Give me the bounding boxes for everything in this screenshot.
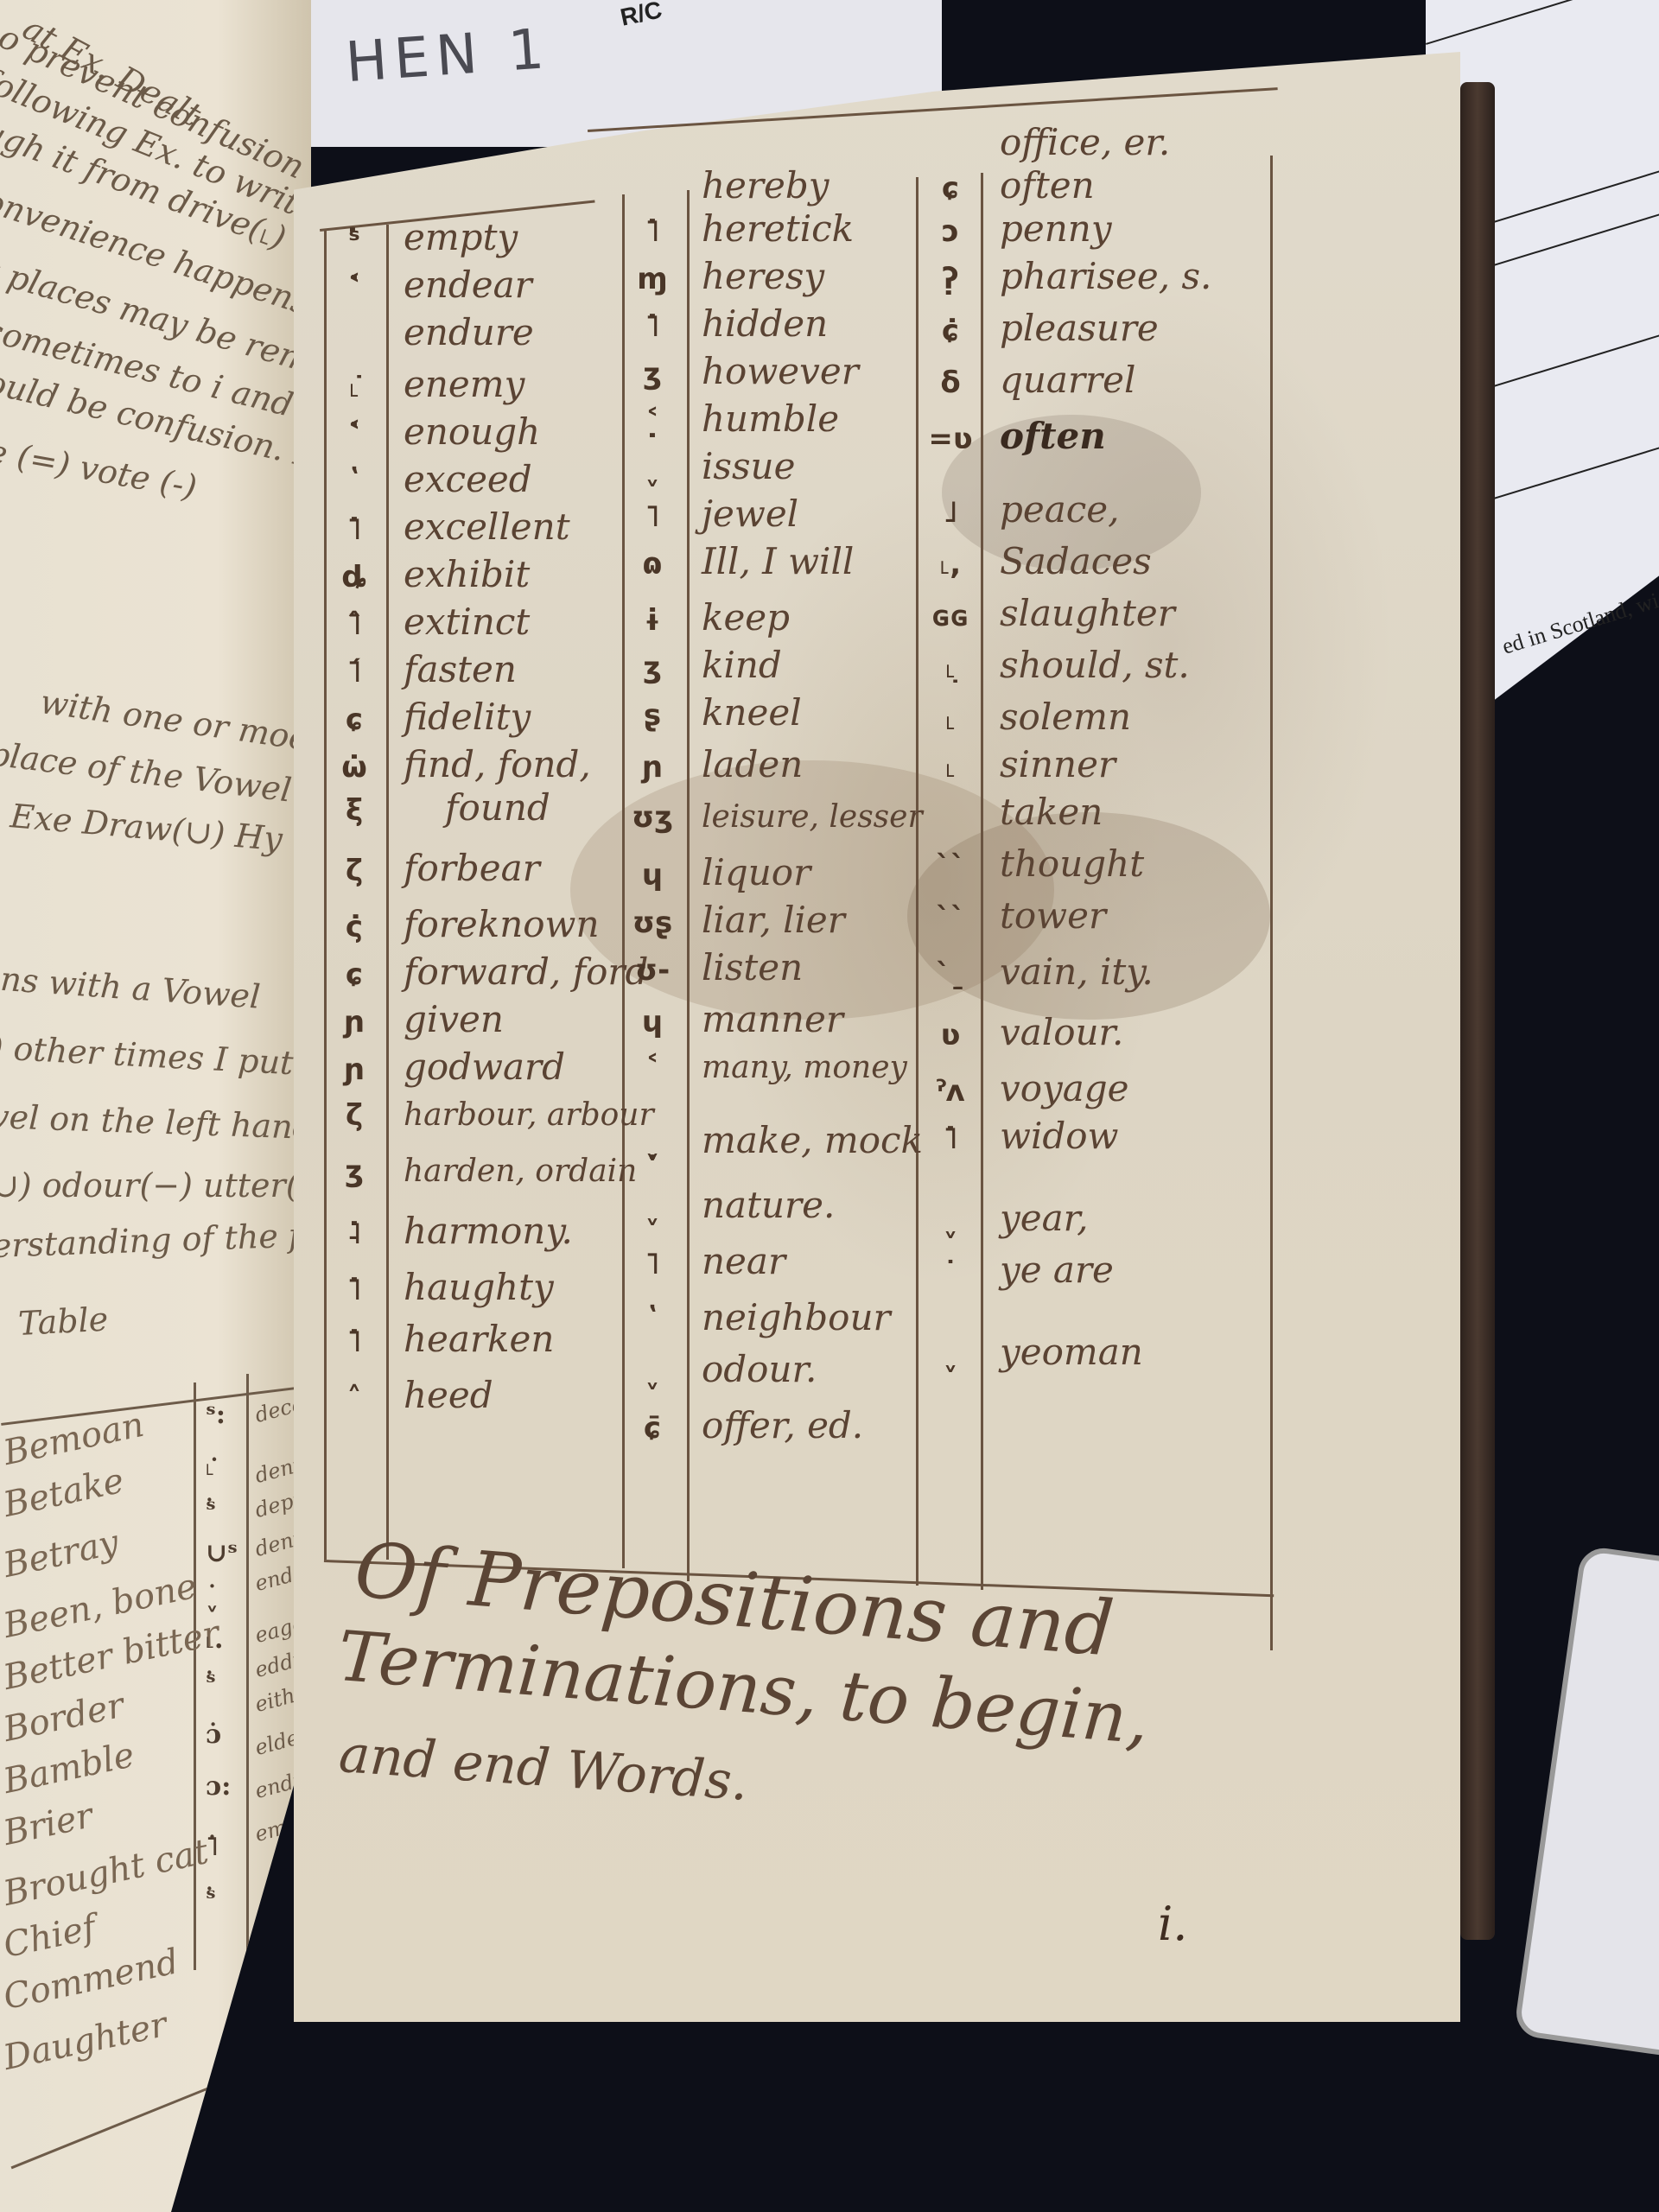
shorthand-symbol: ˥̇	[324, 512, 385, 547]
table-row: ˙ye are	[920, 1249, 1114, 1291]
table-word: forbear	[385, 847, 540, 889]
table-word: quarrel	[981, 359, 1135, 401]
table-row: ˬodour.	[622, 1348, 817, 1390]
table-word: office, er.	[981, 121, 1170, 163]
table-row: ˋˋtower	[920, 894, 1106, 937]
table-word: ye are	[981, 1249, 1114, 1291]
left-table-symbol: ˪.	[206, 1624, 223, 1655]
table-row: ɨkeep	[622, 596, 790, 639]
shorthand-symbol: ɕ	[324, 957, 385, 992]
table-word: Ill, I will	[683, 540, 854, 582]
shorthand-symbol: ɕ	[324, 702, 385, 737]
table-row: ˄heed	[324, 1374, 493, 1416]
shorthand-symbol: ς̇	[324, 910, 385, 944]
left-table-symbol: ˢ:	[206, 1400, 226, 1430]
table-word: exhibit	[385, 553, 530, 595]
shorthand-symbol: ˬ	[920, 1204, 981, 1238]
table-word: humble	[683, 397, 839, 440]
table-word: manner	[683, 998, 843, 1040]
table-row: ˀʌvoyage	[920, 1067, 1129, 1109]
table-row: ˥jewel	[622, 493, 798, 535]
table-word: forward, ford	[385, 950, 648, 993]
left-table-symbol: ɔ̇	[206, 1719, 221, 1750]
shorthand-symbol: ʊʒ	[622, 800, 683, 835]
table-word: voyage	[981, 1067, 1129, 1109]
table-row: ʊʒleisure, lesser	[622, 799, 923, 835]
left-page-line: . Exe Draw(∪) Hy	[0, 795, 284, 858]
table-row: ɲgiven	[324, 998, 504, 1040]
table-word: fasten	[385, 648, 517, 690]
table-row: ζforbear	[324, 847, 540, 889]
table-word: often	[981, 164, 1095, 207]
table-word: listen	[683, 946, 803, 988]
table-word: excellent	[385, 505, 570, 548]
table-row: ɕoften	[920, 164, 1095, 207]
table-word-blotted: often	[981, 415, 1106, 457]
shorthand-symbol: δ	[920, 365, 981, 400]
left-table-word: Brier	[0, 1796, 96, 1853]
table-word: offer, ed.	[683, 1404, 863, 1446]
table-row: ˪solemn	[920, 696, 1131, 738]
shorthand-symbol: ʋ	[920, 1018, 981, 1052]
table-row: ˬyeoman	[920, 1331, 1143, 1373]
table-word: slaughter	[981, 592, 1175, 634]
shorthand-symbol: ɕ̇	[920, 314, 981, 348]
table-row: ˨̇harmony.	[324, 1210, 573, 1252]
table-word: hearken	[385, 1318, 554, 1360]
table-row: taken	[920, 791, 1103, 833]
table-row: ˋˍvain, ity.	[920, 950, 1154, 993]
table-row: ξfound	[324, 786, 550, 829]
shorthand-symbol: ˩	[920, 495, 981, 530]
table-word: keep	[683, 596, 790, 639]
table-word: kind	[683, 644, 782, 686]
left-page: at Ex. Dealt o prevent confusion followi…	[0, 0, 311, 2212]
printed-rule	[1426, 0, 1659, 45]
shorthand-symbol: ˪̣	[920, 651, 981, 685]
table-row: ˂̇enough	[324, 410, 540, 453]
left-table-rule	[194, 1382, 196, 1970]
shorthand-symbol: ˥̇	[622, 309, 683, 344]
table-row: ζharbour, arbour	[324, 1097, 654, 1133]
table-word: year,	[981, 1197, 1088, 1239]
table-word: tower	[981, 894, 1106, 937]
shorthand-symbol: ˥̇	[324, 1325, 385, 1359]
book-spine	[1460, 82, 1495, 1940]
shorthand-symbol: ˙	[920, 1255, 981, 1290]
table-word: haughty	[385, 1266, 554, 1308]
table-word: pleasure	[981, 307, 1159, 349]
table-word: penny	[981, 207, 1112, 250]
table-word: laden	[683, 743, 803, 785]
shorthand-symbol: ɥ	[622, 858, 683, 893]
shorthand-symbol: ˬ̣	[622, 1126, 683, 1160]
shorthand-symbol: ζ	[324, 854, 385, 888]
table-row: δquarrel	[920, 359, 1135, 401]
shorthand-symbol: ˥̇	[920, 1122, 981, 1156]
shorthand-symbol: ˪̇	[324, 370, 385, 404]
table-row: ˂many, money	[622, 1050, 907, 1085]
shorthand-symbol: ɔ	[920, 214, 981, 249]
table-col-rule	[916, 177, 918, 1586]
table-word: neighbour	[683, 1296, 891, 1338]
shorthand-symbol: ɷ	[622, 547, 683, 582]
shorthand-symbol: ɨ	[622, 603, 683, 638]
table-row: ɢɢslaughter	[920, 592, 1175, 634]
left-table-symbol: ɔ:	[206, 1771, 231, 1802]
table-row: ȡexhibit	[324, 553, 530, 595]
table-row: office, er.	[920, 121, 1170, 163]
left-table-symbol: ˢ̇	[206, 1495, 216, 1525]
table-word: valour.	[981, 1011, 1123, 1053]
table-row: ʔ̣pharisee, s.	[920, 255, 1211, 297]
table-row: ʊ-listen	[622, 946, 803, 988]
shorthand-symbol: ˋˋ	[920, 901, 981, 936]
left-table-symbol: ˥̇	[206, 1832, 219, 1862]
left-table-symbol: ˪̇	[206, 1452, 214, 1482]
left-table-symbol: ∪ˢ	[206, 1538, 238, 1568]
shorthand-symbol: ʊ-	[622, 953, 683, 988]
shorthand-symbol: =ʋ	[920, 422, 981, 456]
table-word: enough	[385, 410, 540, 453]
table-row: ˪̣should, st.	[920, 644, 1190, 686]
shorthand-symbol: ʽ	[324, 465, 385, 499]
table-word: harbour, arbour	[385, 1097, 654, 1133]
table-word: kneel	[683, 691, 802, 734]
table-row: hereby	[622, 164, 829, 207]
table-word: widow	[981, 1115, 1119, 1157]
table-word: liquor	[683, 851, 810, 893]
table-row: =ʋoften	[920, 415, 1106, 457]
table-row: ɥliquor	[622, 851, 810, 893]
shorthand-symbol: ɕ̄	[622, 1411, 683, 1446]
table-word: jewel	[683, 493, 798, 535]
table-row: ω̇find, fond,	[324, 743, 591, 785]
shorthand-symbol: ˬ	[622, 1355, 683, 1389]
shorthand-symbol: ˬ	[622, 1191, 683, 1225]
table-row: ˥̇haughty	[324, 1266, 554, 1308]
table-word: peace,	[981, 488, 1120, 531]
table-word: heed	[385, 1374, 493, 1416]
shorthand-symbol: ˬ	[622, 452, 683, 486]
table-word: find, fond,	[385, 743, 591, 785]
table-row: ˥́fasten	[324, 648, 517, 690]
table-word: fidelity	[385, 696, 531, 738]
shorthand-symbol: ˂̇	[324, 270, 385, 305]
left-page-line: ) other times I put	[0, 1028, 294, 1082]
table-word: liar, lier	[683, 899, 845, 941]
shorthand-symbol: ɕ	[920, 171, 981, 206]
table-word: empty	[385, 216, 518, 258]
page-number: i.	[1158, 1897, 1187, 1951]
table-word: yeoman	[981, 1331, 1143, 1373]
shorthand-symbol: ʔ̣	[920, 262, 981, 296]
table-word: harden, ordain	[385, 1154, 637, 1189]
table-row: ɥmanner	[622, 998, 843, 1040]
table-row: ˂̣humble	[622, 397, 839, 440]
left-table-symbol: ˬ̇	[206, 1581, 219, 1611]
shorthand-symbol: ω̇	[324, 750, 385, 785]
table-word: found	[385, 786, 550, 829]
table-row: ɕ̇pleasure	[920, 307, 1159, 349]
table-word: endure	[385, 311, 534, 353]
table-word: exceed	[385, 458, 532, 500]
table-row: ς̇foreknown	[324, 903, 600, 945]
table-row: ˪,Sadaces	[920, 540, 1152, 582]
shorthand-symbol: ˥̇	[622, 214, 683, 249]
table-word: however	[683, 350, 859, 392]
shorthand-symbol: ˋˍ	[920, 957, 981, 992]
shorthand-symbol: ˥	[622, 1247, 683, 1281]
left-table-symbol: ˢ̇	[206, 1884, 216, 1914]
shorthand-symbol: ɲ	[324, 1052, 385, 1087]
table-word: harmony.	[385, 1210, 573, 1252]
table-word: leisure, lesser	[683, 799, 923, 835]
shorthand-symbol: ˂	[622, 1051, 683, 1085]
shorthand-symbol: ʒ	[622, 357, 683, 391]
table-word: make, mock	[683, 1119, 923, 1161]
shorthand-symbol: ɲ	[622, 750, 683, 785]
table-word: thought	[981, 842, 1144, 885]
left-table-word: Betray	[0, 1522, 122, 1586]
table-row: ˬnature.	[622, 1184, 835, 1226]
table-row: ˥̂extinct	[324, 601, 530, 643]
table-word: hereby	[683, 164, 829, 207]
left-page-line: ∪) odour(−) utter(˪)	[0, 1166, 311, 1205]
table-word: pharisee, s.	[981, 255, 1211, 297]
table-word: odour.	[683, 1348, 817, 1390]
left-table-word: Daughter	[0, 2005, 170, 2078]
table-row: ˥̇hearken	[324, 1318, 554, 1360]
shorthand-symbol: ˋˋ	[920, 849, 981, 884]
table-word: issue	[683, 445, 795, 487]
table-word: sinner	[981, 743, 1116, 785]
table-row: ɕ̄offer, ed.	[622, 1404, 863, 1446]
table-row: ʊʂliar, lier	[622, 899, 845, 941]
shorthand-symbol: ȡ	[324, 560, 385, 594]
table-row: ˬ̣make, mock	[622, 1119, 923, 1161]
shorthand-symbol: ˬ	[920, 1338, 981, 1372]
shorthand-symbol: ζ	[324, 1098, 385, 1133]
shorthand-symbol: ξ	[324, 793, 385, 828]
table-word: solemn	[981, 696, 1131, 738]
table-row: ˪sinner	[920, 743, 1116, 785]
shorthand-symbol: ˀʌ	[920, 1074, 981, 1109]
left-page-line: ins with a Vowel	[0, 959, 262, 1016]
left-page-line: vel on the left hand	[0, 1097, 311, 1147]
table-row: ˋˋthought	[920, 842, 1144, 885]
table-word: should, st.	[981, 644, 1190, 686]
table-row: ʒharden, ordain	[324, 1154, 637, 1189]
table-word: heretick	[683, 207, 854, 250]
table-row: ˥̇widow	[920, 1115, 1119, 1157]
shorthand-symbol: ˪	[920, 750, 981, 785]
table-row: ɔpenny	[920, 207, 1112, 250]
table-row: ɱheresy	[622, 255, 824, 297]
shorthand-symbol: ʂ	[622, 698, 683, 733]
table-word: heresy	[683, 255, 824, 297]
table-row: ʒkind	[622, 644, 782, 686]
left-page-line: Table	[17, 1300, 109, 1343]
table-row: ˥near	[622, 1240, 785, 1282]
table-right-rule	[1270, 156, 1273, 1650]
shorthand-symbol: ɱ	[622, 262, 683, 296]
table-word: nature.	[683, 1184, 835, 1226]
left-table-word: Chief	[0, 1908, 99, 1966]
table-row: ʂkneel	[622, 691, 802, 734]
shorthand-symbol: ˂̇	[324, 417, 385, 452]
table-row: ɕforward, ford	[324, 950, 648, 993]
table-word: hidden	[683, 302, 828, 345]
shorthand-symbol: ˪,	[920, 547, 981, 582]
table-row: endure	[324, 311, 534, 353]
table-row: ˥̇hidden	[622, 302, 828, 345]
device-edge	[1513, 1545, 1659, 2060]
shorthand-symbol: ˥́	[324, 655, 385, 690]
table-word: given	[385, 998, 504, 1040]
table-row: ˂̇endear	[324, 264, 532, 306]
table-word: extinct	[385, 601, 530, 643]
table-word: godward	[385, 1046, 565, 1088]
table-word: Sadaces	[981, 540, 1152, 582]
shorthand-symbol: ˥̇	[324, 1273, 385, 1307]
shorthand-symbol: ɲ	[324, 1005, 385, 1039]
shorthand-symbol: ʽ	[622, 1303, 683, 1338]
shorthand-symbol: ˄	[324, 1381, 385, 1415]
table-row: ɷIll, I will	[622, 540, 854, 582]
shorthand-symbol: ʒ	[622, 651, 683, 685]
shorthand-symbol: ɥ	[622, 1005, 683, 1039]
shorthand-symbol: ˪	[920, 702, 981, 737]
table-row: ʒhowever	[622, 350, 859, 392]
table-row: ˢ̇empty	[324, 216, 518, 258]
shorthand-symbol: ˂̣	[622, 404, 683, 439]
left-table-rule	[246, 1374, 249, 1970]
table-row: ɲladen	[622, 743, 803, 785]
shorthand-symbol: ʒ	[324, 1154, 385, 1189]
table-row: ʽneighbour	[622, 1296, 891, 1338]
table-row: ʋvalour.	[920, 1011, 1123, 1053]
table-word: enemy	[385, 363, 524, 405]
table-row: ʽexceed	[324, 458, 532, 500]
table-row: ˥̇excellent	[324, 505, 570, 548]
table-word: taken	[981, 791, 1103, 833]
table-row: ˥̇heretick	[622, 207, 854, 250]
left-page-line: erstanding of the former	[0, 1212, 311, 1265]
shorthand-symbol: ˥	[622, 499, 683, 534]
table-word: vain, ity.	[981, 950, 1154, 993]
table-row: ˬyear,	[920, 1197, 1088, 1239]
shorthand-symbol: ˨̇	[324, 1217, 385, 1251]
table-word: many, money	[683, 1050, 907, 1085]
table-row: ˬissue	[622, 445, 795, 487]
table-row: ˪̇enemy	[324, 363, 524, 405]
table-word: near	[683, 1240, 785, 1282]
table-row: ɲgodward	[324, 1046, 565, 1088]
shorthand-symbol: ˥̂	[324, 607, 385, 642]
table-word: foreknown	[385, 903, 600, 945]
left-table-symbol: ˢ̇	[206, 1668, 216, 1698]
shorthand-symbol: ˢ̇	[324, 223, 385, 257]
table-word: endear	[385, 264, 532, 306]
shorthand-symbol: ʊʂ	[622, 906, 683, 940]
table-row: ˩peace,	[920, 488, 1120, 531]
shorthand-table: ˢ̇empty ˂̇endear endure ˪̇enemy ˂̇enough…	[324, 82, 1274, 1577]
table-row: ɕfidelity	[324, 696, 531, 738]
shorthand-symbol: ɢɢ	[920, 599, 981, 633]
